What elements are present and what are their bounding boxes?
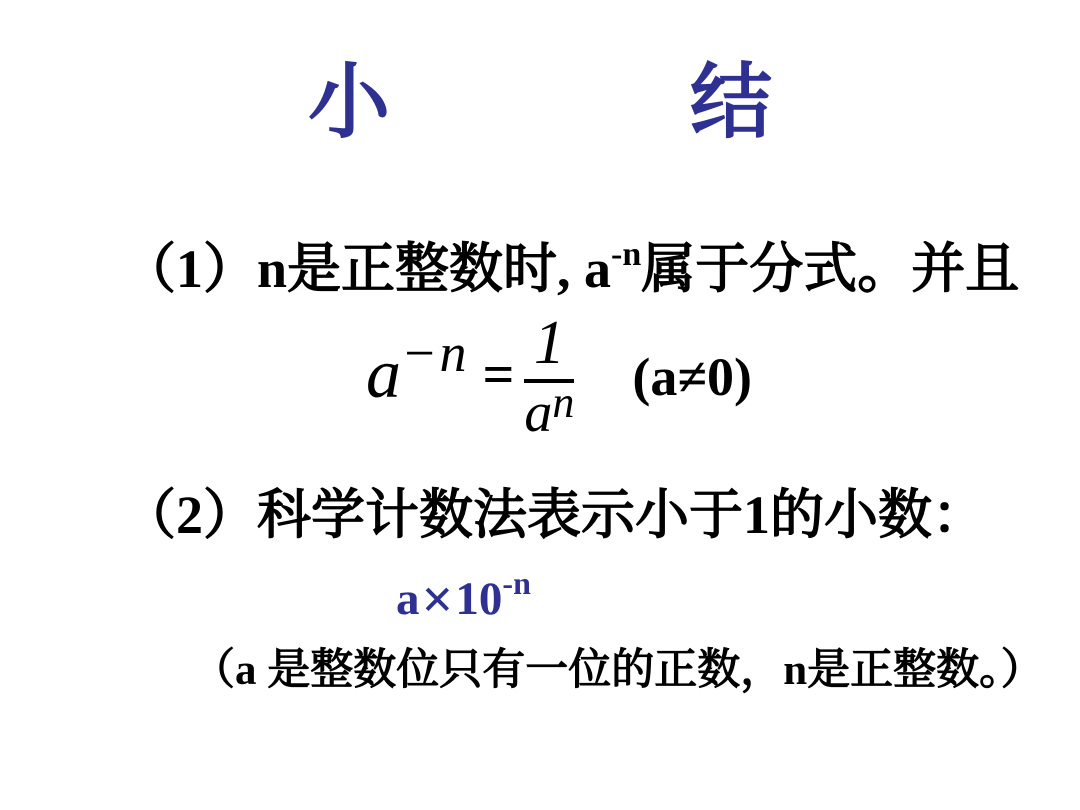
fraction: 1 an xyxy=(524,312,574,441)
denominator-base: a xyxy=(524,382,552,444)
title-char-right: 结 xyxy=(690,62,772,144)
point1-exponent: -n xyxy=(611,236,641,273)
point1-label: （1） xyxy=(122,239,257,299)
point2-heading: 科学计数法表示小于1的小数： xyxy=(257,485,986,545)
formula-lhs: a−n xyxy=(366,340,468,410)
formula-condition: (a≠0) xyxy=(632,350,752,404)
formula-lhs-exponent: −n xyxy=(401,323,468,383)
point2-text: （2）科学计数法表示小于1的小数： xyxy=(122,484,986,546)
formula-lhs-base: a xyxy=(366,336,401,413)
denominator-exponent: n xyxy=(552,378,574,427)
fraction-numerator: 1 xyxy=(528,312,571,374)
title-char-left: 小 xyxy=(308,62,390,144)
point1-text-after: 属于分式。并且 xyxy=(641,239,1019,299)
formula-negative-exponent: a−n = 1 an (a≠0) xyxy=(366,308,752,441)
point1-text-before: n是正整数时, a xyxy=(257,239,611,299)
multiplication-sign: × xyxy=(422,569,454,631)
point2-note: （a 是整数位只有一位的正数，n是正整数。） xyxy=(192,645,1044,697)
point1-text: （1）n是正整数时, a-n属于分式。并且 xyxy=(122,238,1019,300)
sci-exponent: -n xyxy=(502,565,530,601)
presentation-slide: 小 结 （1）n是正整数时, a-n属于分式。并且 a−n = 1 an (a≠… xyxy=(0,0,1080,810)
point2-label: （2） xyxy=(122,485,257,545)
sci-base: 10 xyxy=(455,573,502,625)
formula-scientific-notation: a×10-n xyxy=(396,570,531,632)
sci-coefficient: a xyxy=(396,573,420,625)
equals-sign: = xyxy=(482,347,514,403)
slide-title: 小 结 xyxy=(0,62,1080,144)
fraction-denominator: an xyxy=(524,385,574,441)
